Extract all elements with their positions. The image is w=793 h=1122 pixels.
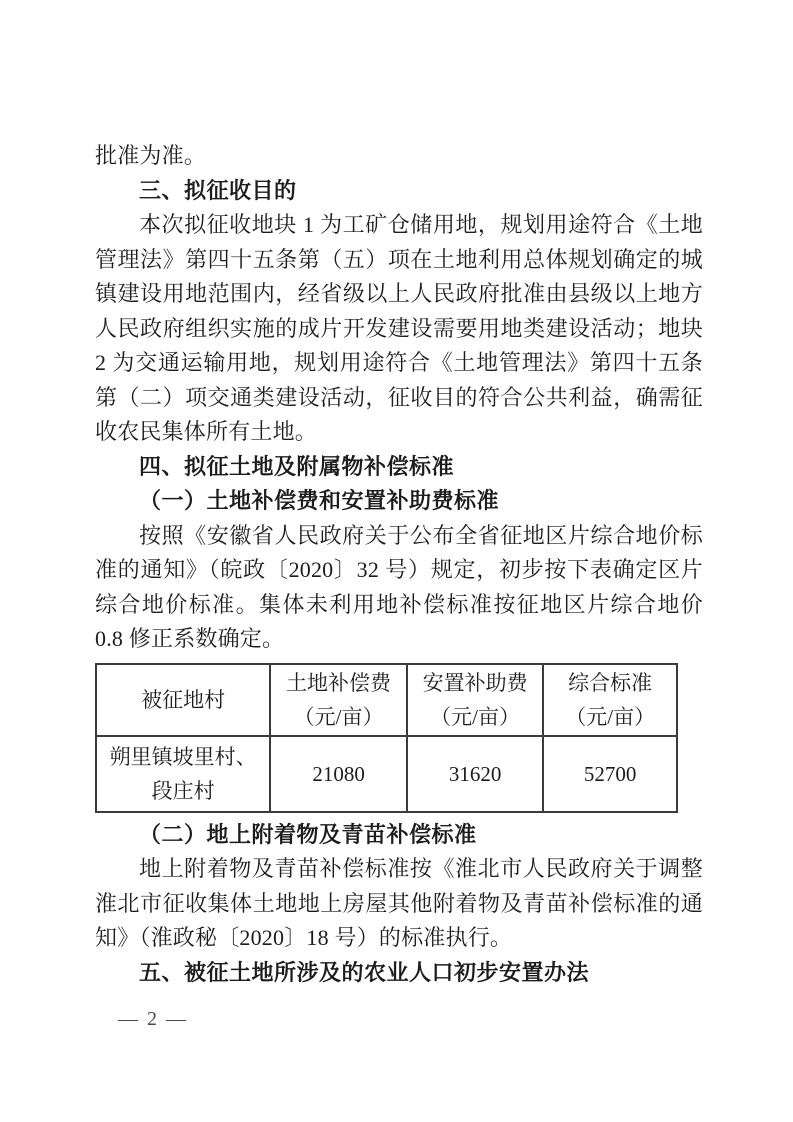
table-cell-resettlement-subsidy: 31620 (407, 736, 544, 812)
table-header-row: 被征地村 土地补偿费 （元/亩） 安置补助费 （元/亩） 综合标准 （元/亩） (96, 664, 677, 736)
paragraph-purpose: 本次拟征收地块 1 为工矿仓储用地，规划用途符合《土地管理法》第四十五条第（五）… (95, 208, 703, 450)
table-cell-land-compensation: 21080 (270, 736, 407, 812)
section-heading-4: 四、拟征土地及附属物补偿标准 (95, 450, 703, 485)
table-header-land-compensation: 土地补偿费 （元/亩） (270, 664, 407, 736)
section-heading-3: 三、拟征收目的 (95, 174, 703, 209)
paragraph-price-standard: 按照《安徽省人民政府关于公布全省征地区片综合地价标准的通知》（皖政〔2020〕3… (95, 519, 703, 657)
compensation-table: 被征地村 土地补偿费 （元/亩） 安置补助费 （元/亩） 综合标准 （元/亩） … (95, 663, 678, 813)
subsection-heading-4-1: （一）土地补偿费和安置补助费标准 (95, 484, 703, 519)
subsection-heading-4-2: （二）地上附着物及青苗补偿标准 (95, 818, 703, 853)
page-number: — 2 — (118, 1008, 188, 1031)
section-heading-5: 五、被征土地所涉及的农业人口初步安置办法 (95, 956, 703, 991)
table-row: 朔里镇坡里村、 段庄村 21080 31620 52700 (96, 736, 677, 812)
table-header-resettlement-subsidy: 安置补助费 （元/亩） (407, 664, 544, 736)
document-page: 批准为准。 三、拟征收目的 本次拟征收地块 1 为工矿仓储用地，规划用途符合《土… (0, 0, 793, 1122)
table-header-combined-standard: 综合标准 （元/亩） (543, 664, 677, 736)
paragraph-attachments-standard: 地上附着物及青苗补偿标准按《淮北市人民政府关于调整淮北市征收集体土地地上房屋其他… (95, 852, 703, 956)
table-header-village: 被征地村 (96, 664, 270, 736)
table-cell-combined-standard: 52700 (543, 736, 677, 812)
table-cell-village: 朔里镇坡里村、 段庄村 (96, 736, 270, 812)
paragraph-continuation: 批准为准。 (95, 139, 703, 174)
